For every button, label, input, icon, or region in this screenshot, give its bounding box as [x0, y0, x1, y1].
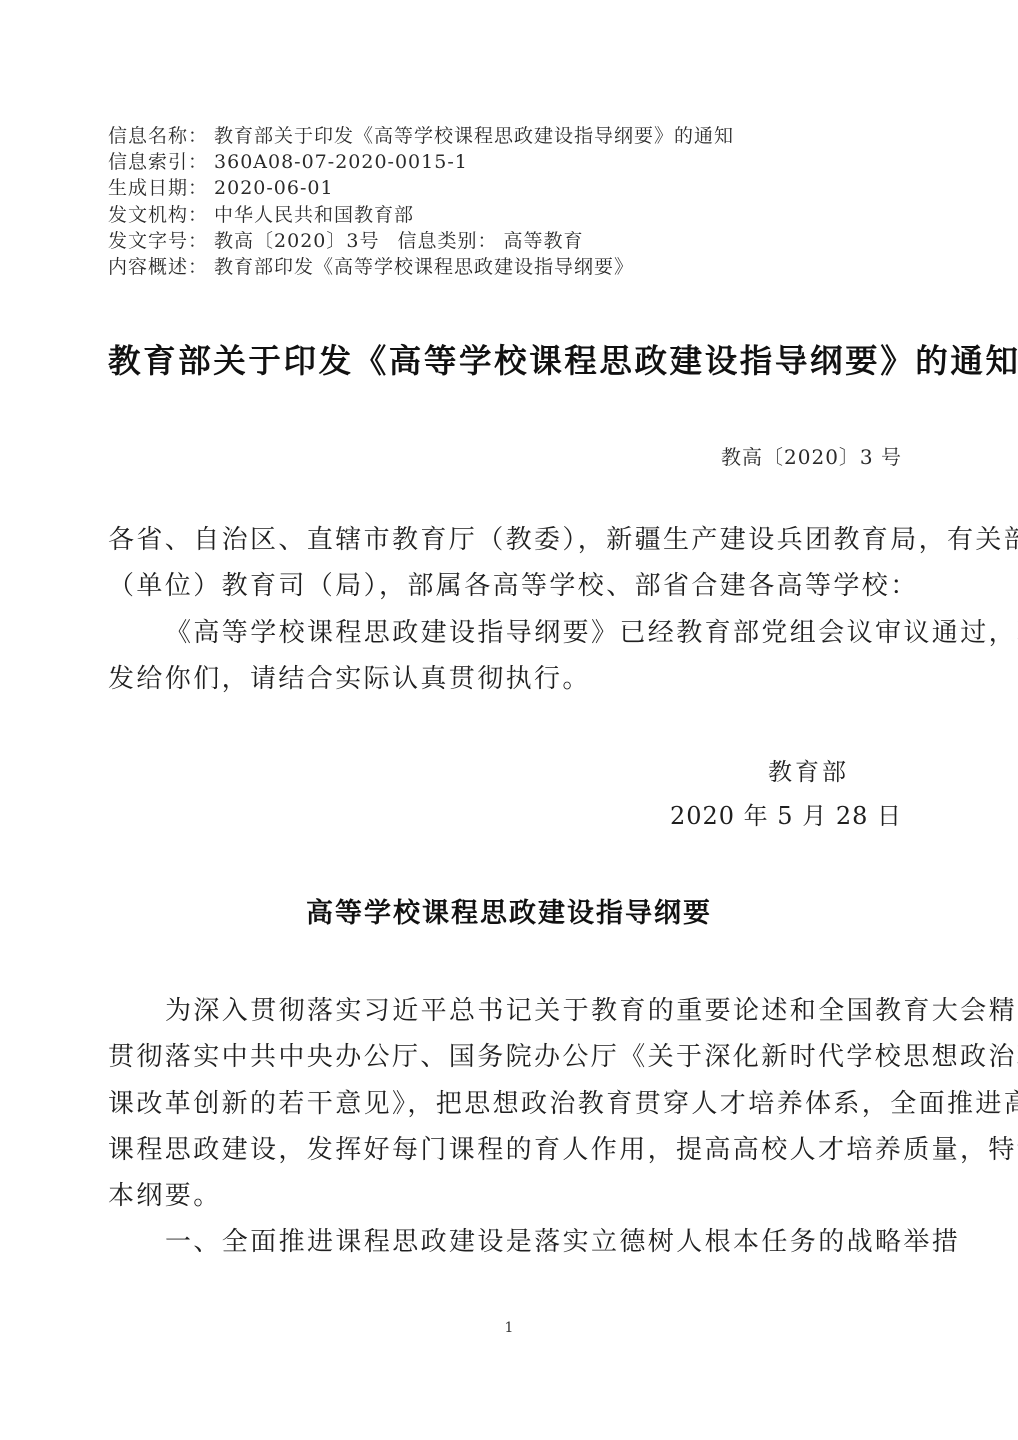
- meta-category-value: 高等教育: [503, 228, 583, 254]
- meta-category-label: 信息类别：: [397, 228, 497, 254]
- intro-line: 为深入贯彻落实习近平总书记关于教育的重要论述和全国教育大会精神，: [108, 988, 910, 1034]
- intro-line: 课改革创新的若干意见》，把思想政治教育贯穿人才培养体系，全面推进高校: [108, 1081, 910, 1127]
- meta-issuer-row: 发文机构：中华人民共和国教育部: [108, 202, 908, 228]
- intro-line: 本纲要。: [108, 1173, 910, 1219]
- document-page: 信息名称：教育部关于印发《高等学校课程思政建设指导纲要》的通知 信息索引：360…: [0, 0, 1018, 1440]
- meta-index-row: 信息索引：360A08-07-2020-0015-1: [108, 149, 908, 175]
- meta-docnumber-value: 教高〔2020〕3号: [214, 228, 379, 254]
- outline-title: 高等学校课程思政建设指导纲要: [0, 895, 1018, 933]
- meta-name-row: 信息名称：教育部关于印发《高等学校课程思政建设指导纲要》的通知: [108, 123, 908, 149]
- intro-line: 贯彻落实中共中央办公厅、国务院办公厅《关于深化新时代学校思想政治理论: [108, 1034, 910, 1080]
- meta-date-label: 生成日期：: [108, 175, 208, 201]
- meta-docnumber-row: 发文字号：教高〔2020〕3号信息类别：高等教育: [108, 228, 908, 254]
- meta-issuer-value: 中华人民共和国教育部: [214, 202, 414, 228]
- signature-date: 2020 年 5 月 28 日: [670, 800, 902, 832]
- meta-date-row: 生成日期：2020-06-01: [108, 175, 908, 201]
- intro-line: 课程思政建设，发挥好每门课程的育人作用，提高高校人才培养质量，特制定: [108, 1127, 910, 1173]
- notice-title: 教育部关于印发《高等学校课程思政建设指导纲要》的通知: [108, 341, 918, 381]
- meta-summary-label: 内容概述：: [108, 254, 208, 280]
- recipients-line: （单位）教育司（局），部属各高等学校、部省合建各高等学校：: [108, 563, 910, 609]
- meta-issuer-label: 发文机构：: [108, 202, 208, 228]
- recipients-line: 各省、自治区、直辖市教育厅（教委），新疆生产建设兵团教育局，有关部门: [108, 517, 910, 563]
- meta-name-value: 教育部关于印发《高等学校课程思政建设指导纲要》的通知: [214, 123, 734, 149]
- meta-index-label: 信息索引：: [108, 149, 208, 175]
- metadata-block: 信息名称：教育部关于印发《高等学校课程思政建设指导纲要》的通知 信息索引：360…: [108, 123, 908, 280]
- notice-body: 各省、自治区、直辖市教育厅（教委），新疆生产建设兵团教育局，有关部门 （单位）教…: [108, 517, 910, 702]
- meta-date-value: 2020-06-01: [214, 175, 334, 201]
- section-heading: 一、全面推进课程思政建设是落实立德树人根本任务的战略举措: [108, 1219, 910, 1265]
- meta-index-value: 360A08-07-2020-0015-1: [214, 149, 468, 175]
- signature-org: 教育部: [768, 756, 849, 788]
- meta-name-label: 信息名称：: [108, 123, 208, 149]
- body-line: 《高等学校课程思政建设指导纲要》已经教育部党组会议审议通过，现印: [108, 610, 910, 656]
- body-line: 发给你们，请结合实际认真贯彻执行。: [108, 656, 910, 702]
- outline-intro: 为深入贯彻落实习近平总书记关于教育的重要论述和全国教育大会精神， 贯彻落实中共中…: [108, 988, 910, 1266]
- meta-summary-row: 内容概述：教育部印发《高等学校课程思政建设指导纲要》: [108, 254, 908, 280]
- meta-docnumber-label: 发文字号：: [108, 228, 208, 254]
- notice-doc-number: 教高〔2020〕3 号: [721, 444, 902, 470]
- meta-summary-value: 教育部印发《高等学校课程思政建设指导纲要》: [214, 254, 634, 280]
- page-number: 1: [0, 1318, 1018, 1338]
